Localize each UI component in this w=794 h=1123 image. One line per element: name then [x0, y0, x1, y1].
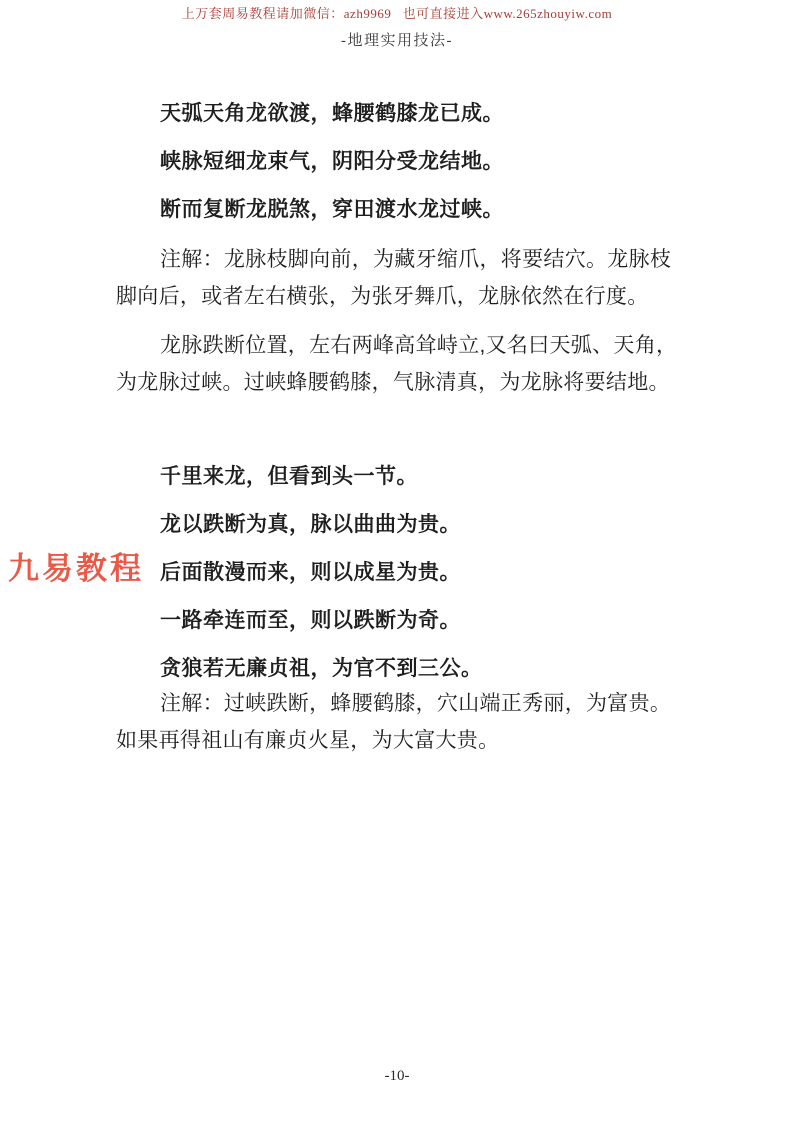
note-line: 脚向后，或者左右横张，为张牙舞爪，龙脉依然在行度。 — [116, 278, 702, 315]
verse-line: 千里来龙，但看到头一节。 — [118, 453, 698, 501]
note-line: 如果再得祖山有廉贞火星，为大富大贵。 — [116, 722, 702, 759]
note-line: 注解：龙脉枝脚向前，为藏牙缩爪，将要结穴。龙脉枝 — [116, 241, 702, 278]
verse-line: 峡脉短细龙束气，阴阳分受龙结地。 — [118, 138, 698, 186]
note-line: 为龙脉过峡。过峡蜂腰鹤膝，气脉清真，为龙脉将要结地。 — [116, 364, 702, 401]
header-book-title: -地理实用技法- — [0, 31, 794, 51]
note-line: 龙脉跌断位置，左右两峰高耸峙立,又名曰天弧、天角， — [116, 327, 702, 364]
verse-group-1: 天弧天角龙欲渡，蜂腰鹤膝龙已成。 峡脉短细龙束气，阴阳分受龙结地。 断而复断龙脱… — [118, 90, 698, 234]
document-page: 上万套周易教程请加微信：azh9969 也可直接进入www.265zhouyiw… — [0, 0, 794, 1123]
note-line: 注解：过峡跌断，蜂腰鹤膝，穴山端正秀丽，为富贵。 — [116, 685, 702, 722]
note-paragraph-1: 注解：龙脉枝脚向前，为藏牙缩爪，将要结穴。龙脉枝 脚向后，或者左右横张，为张牙舞… — [116, 241, 702, 315]
verse-line: 天弧天角龙欲渡，蜂腰鹤膝龙已成。 — [118, 90, 698, 138]
page-number: -10- — [0, 1066, 794, 1086]
note-paragraph-2: 龙脉跌断位置，左右两峰高耸峙立,又名曰天弧、天角， 为龙脉过峡。过峡蜂腰鹤膝，气… — [116, 327, 702, 401]
header-promo-text: 上万套周易教程请加微信：azh9969 也可直接进入www.265zhouyiw… — [0, 5, 794, 23]
verse-group-2: 千里来龙，但看到头一节。 龙以跌断为真，脉以曲曲为贵。 后面散漫而来，则以成星为… — [118, 453, 698, 693]
verse-line: 龙以跌断为真，脉以曲曲为贵。 — [118, 501, 698, 549]
verse-line: 后面散漫而来，则以成星为贵。 — [118, 549, 698, 597]
verse-line: 断而复断龙脱煞，穿田渡水龙过峡。 — [118, 186, 698, 234]
verse-line: 一路牵连而至，则以跌断为奇。 — [118, 597, 698, 645]
note-paragraph-3: 注解：过峡跌断，蜂腰鹤膝，穴山端正秀丽，为富贵。 如果再得祖山有廉贞火星，为大富… — [116, 685, 702, 759]
